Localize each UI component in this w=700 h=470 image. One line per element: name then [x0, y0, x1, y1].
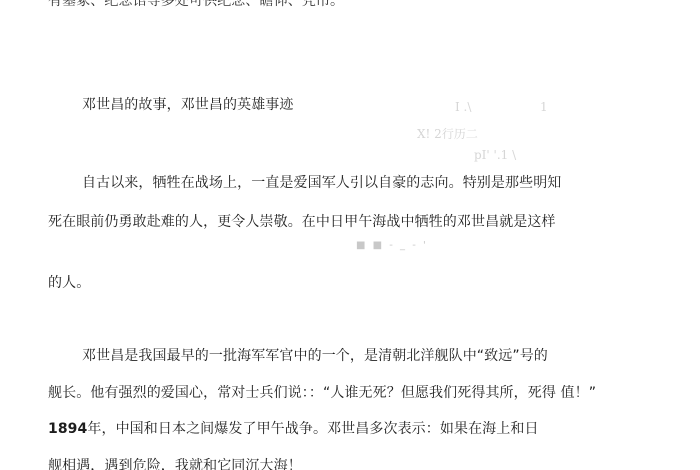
article-heading: 邓世昌的故事，邓世昌的英雄事迹 [82, 96, 294, 114]
paragraph-1-line-1: 自古以来，牺牲在战场上，一直是爱国军人引以自豪的志向。特别是那些明知 [82, 174, 561, 192]
paragraph-1-line-2: 死在眼前仍勇敢赴难的人，更令人崇敬。在中日甲午海战中牺牲的邓世昌就是这样 [48, 213, 556, 231]
paragraph-2-line-3-text: 年，中国和日本之间爆发了甲午战争。邓世昌多次表示：如果在海上和日 [87, 421, 538, 437]
paragraph-2-line-1: 邓世昌是我国最早的一批海军军官中的一个，是清朝北洋舰队中“致远”号的 [82, 347, 548, 365]
paragraph-2-line-2: 舰长。他有强烈的爱国心，常对士兵们说：：“人谁无死？但愿我们死得其所，死得 值！… [48, 384, 596, 402]
watermark-dots: ■ ■ - _ - ' [356, 240, 428, 251]
watermark-text: 1 [540, 100, 548, 114]
paragraph-2-line-4: 舰相遇，遇到危险，我就和它同沉大海！ [48, 457, 302, 470]
paragraph-1-line-3: 的人。 [48, 274, 90, 292]
year-text: 1894 [48, 421, 87, 437]
watermark-text: X! 2行历二 [417, 125, 478, 142]
paragraph-2-line-3: 1894年，中国和日本之间爆发了甲午战争。邓世昌多次表示：如果在海上和日 [48, 420, 539, 438]
document-page: 有墓冢、纪念馆等多处可供纪念、瞻仰、凭吊。 邓世昌的故事，邓世昌的英雄事迹 I … [0, 0, 700, 470]
top-fragment-text: 有墓冢、纪念馆等多处可供纪念、瞻仰、凭吊。 [48, 0, 344, 10]
watermark-text: I .\ [455, 100, 471, 114]
watermark-text: pI' '.1 \ [474, 148, 516, 162]
